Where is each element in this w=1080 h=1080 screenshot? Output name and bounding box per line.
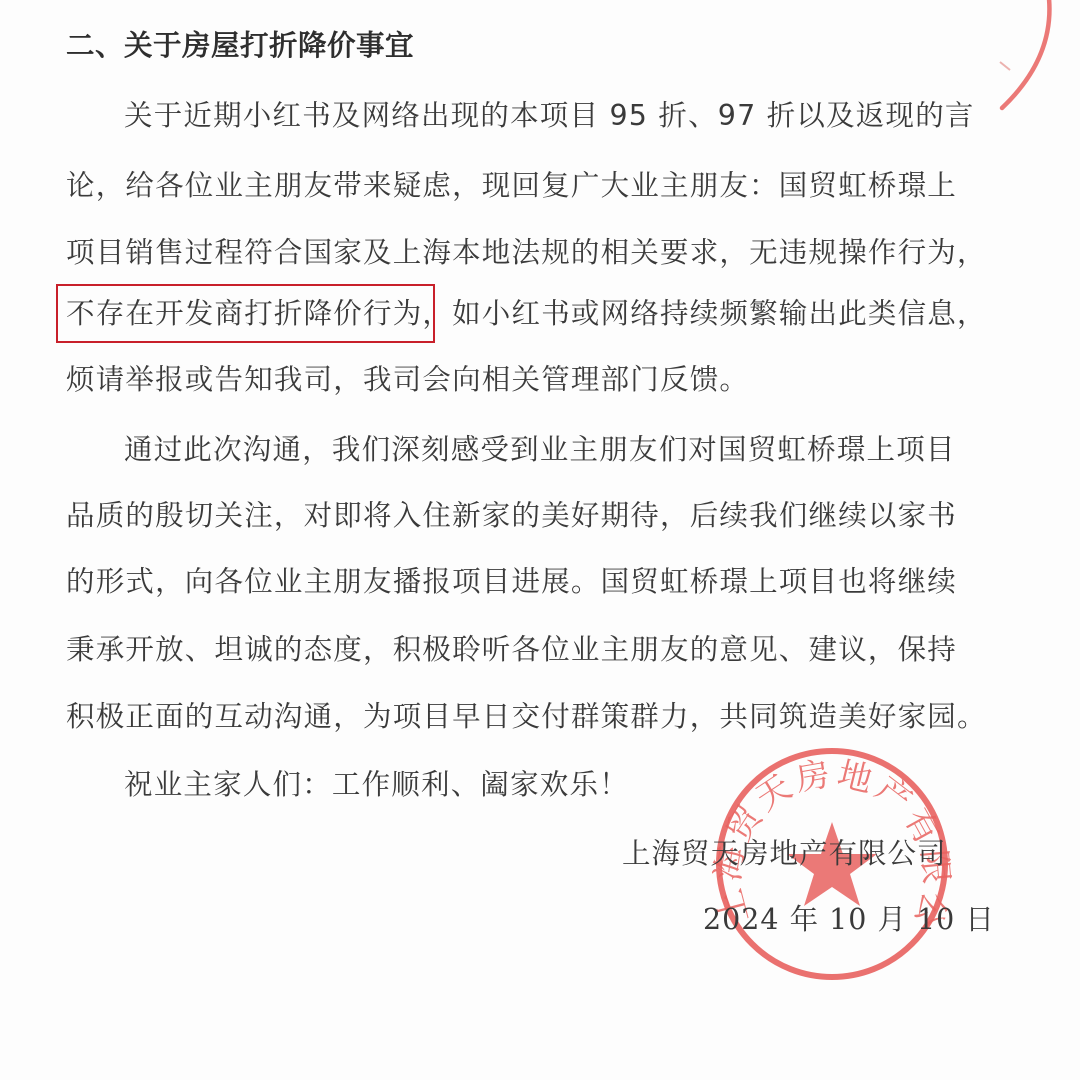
signature-company: 上海贸天房地产有限公司	[622, 834, 947, 874]
paragraph-1-line-1: 关于近期小红书及网络出现的本项目 95 折、97 折以及返现的言	[124, 96, 975, 136]
paragraph-1-line-5: 烦请举报或告知我司，我司会向相关管理部门反馈。	[66, 360, 749, 400]
paragraph-2-line-4: 秉承开放、坦诚的态度，积极聆听各位业主朋友的意见、建议，保持	[66, 630, 957, 670]
closing-greeting: 祝业主家人们：工作顺利、阖家欢乐！	[124, 765, 629, 805]
paragraph-2-line-1: 通过此次沟通，我们深刻感受到业主朋友们对国贸虹桥璟上项目	[124, 430, 956, 470]
highlight-box	[56, 284, 435, 343]
paragraph-2-line-5: 积极正面的互动沟通，为项目早日交付群策群力，共同筑造美好家园。	[66, 697, 987, 737]
paragraph-2-line-2: 品质的殷切关注，对即将入住新家的美好期待，后续我们继续以家书	[66, 496, 957, 536]
section-heading: 二、关于房屋打折降价事宜	[66, 26, 414, 66]
partial-seal-arc-icon	[990, 0, 1070, 120]
paragraph-1-line-4-rest: 如小红书或网络持续频繁输出此类信息，	[452, 297, 987, 330]
signature-date: 2024 年 10 月 10 日	[703, 900, 995, 940]
paragraph-2-line-3: 的形式，向各位业主朋友播报项目进展。国贸虹桥璟上项目也将继续	[66, 562, 957, 602]
paragraph-1-line-3: 项目销售过程符合国家及上海本地法规的相关要求，无违规操作行为，	[66, 233, 987, 273]
document-page: 二、关于房屋打折降价事宜 关于近期小红书及网络出现的本项目 95 折、97 折以…	[0, 0, 1080, 1080]
paragraph-1-line-2: 论，给各位业主朋友带来疑虑，现回复广大业主朋友：国贸虹桥璟上	[66, 166, 957, 206]
